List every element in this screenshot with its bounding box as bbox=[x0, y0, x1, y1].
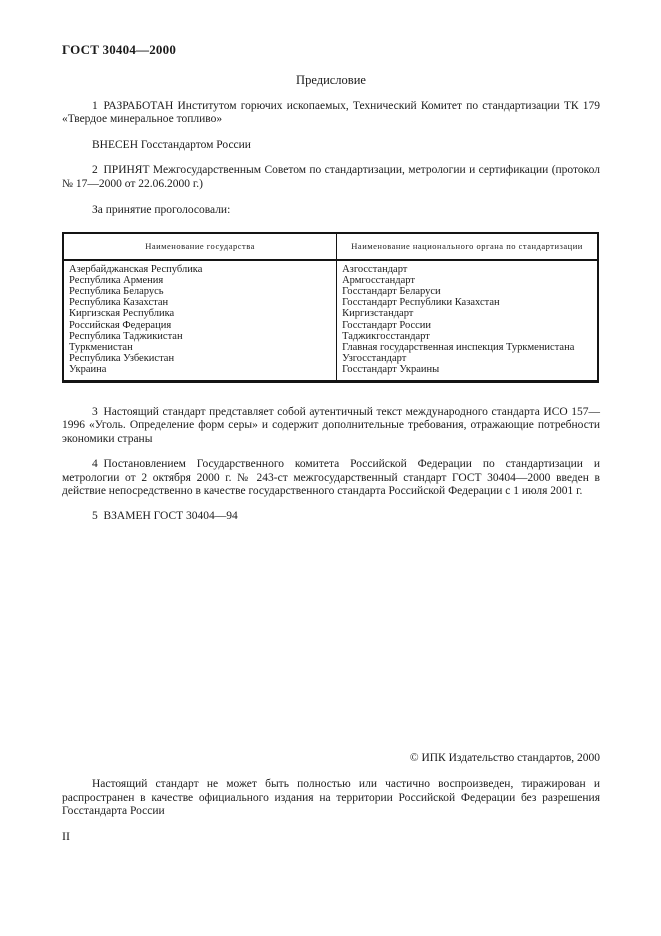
org-cell: Госстандарт Беларуси bbox=[337, 286, 598, 297]
org-cell: Госстандарт Республики Казахстан bbox=[337, 297, 598, 308]
legal-notice: Настоящий стандарт не может быть полност… bbox=[62, 778, 600, 819]
state-cell: Туркменистан bbox=[63, 342, 337, 353]
document-page: ГОСТ 30404—2000 Предисловие 1 РАЗРАБОТАН… bbox=[0, 0, 661, 936]
org-cell: Таджикгосстандарт bbox=[337, 331, 598, 342]
org-cell: Госстандарт Украины bbox=[337, 364, 598, 381]
page-number: II bbox=[62, 830, 600, 844]
vote-table-header-state: Наименование государства bbox=[63, 233, 337, 260]
preface-title: Предисловие bbox=[62, 74, 600, 88]
paragraph-enactment: 4 Постановлением Государственного комите… bbox=[62, 458, 600, 499]
state-cell: Республика Беларусь bbox=[63, 286, 337, 297]
copyright-line: © ИПК Издательство стандартов, 2000 bbox=[62, 752, 600, 766]
table-row: Республика Узбекистан Узгосстандарт bbox=[63, 353, 598, 364]
org-cell: Армгосстандарт bbox=[337, 275, 598, 286]
table-row: Республика Беларусь Госстандарт Беларуси bbox=[63, 286, 598, 297]
table-row: Украина Госстандарт Украины bbox=[63, 364, 598, 381]
paragraph-authentic-text: 3 Настоящий стандарт представляет собой … bbox=[62, 406, 600, 447]
table-row: Киргизская Республика Киргизстандарт bbox=[63, 308, 598, 319]
paragraph-developed: 1 РАЗРАБОТАН Институтом горючих ископаем… bbox=[62, 100, 600, 127]
vote-table: Наименование государства Наименование на… bbox=[62, 232, 599, 383]
paragraph-submitted: ВНЕСЕН Госстандартом России bbox=[62, 139, 600, 153]
state-cell: Азербайджанская Республика bbox=[63, 260, 337, 275]
vote-table-header-org: Наименование национального органа по ста… bbox=[337, 233, 598, 260]
state-cell: Республика Казахстан bbox=[63, 297, 337, 308]
table-row: Республика Таджикистан Таджикгосстандарт bbox=[63, 331, 598, 342]
org-cell: Главная государственная инспекция Туркме… bbox=[337, 342, 598, 353]
state-cell: Республика Узбекистан bbox=[63, 353, 337, 364]
org-cell: Киргизстандарт bbox=[337, 308, 598, 319]
org-cell: Узгосстандарт bbox=[337, 353, 598, 364]
table-row: Азербайджанская Республика Азгосстандарт bbox=[63, 260, 598, 275]
org-cell: Госстандарт России bbox=[337, 320, 598, 331]
table-row: Туркменистан Главная государственная инс… bbox=[63, 342, 598, 353]
paragraph-vote-intro: За принятие проголосовали: bbox=[62, 204, 600, 218]
state-cell: Украина bbox=[63, 364, 337, 381]
org-cell: Азгосстандарт bbox=[337, 260, 598, 275]
table-row: Республика Казахстан Госстандарт Республ… bbox=[63, 297, 598, 308]
state-cell: Киргизская Республика bbox=[63, 308, 337, 319]
state-cell: Республика Таджикистан bbox=[63, 331, 337, 342]
table-row: Республика Армения Армгосстандарт bbox=[63, 275, 598, 286]
paragraph-replaces: 5 ВЗАМЕН ГОСТ 30404—94 bbox=[62, 510, 600, 524]
doc-code: ГОСТ 30404—2000 bbox=[62, 42, 600, 57]
state-cell: Республика Армения bbox=[63, 275, 337, 286]
paragraph-adopted: 2 ПРИНЯТ Межгосударственным Советом по с… bbox=[62, 164, 600, 191]
table-row: Российская Федерация Госстандарт России bbox=[63, 320, 598, 331]
vote-table-header: Наименование государства Наименование на… bbox=[63, 233, 598, 260]
state-cell: Российская Федерация bbox=[63, 320, 337, 331]
